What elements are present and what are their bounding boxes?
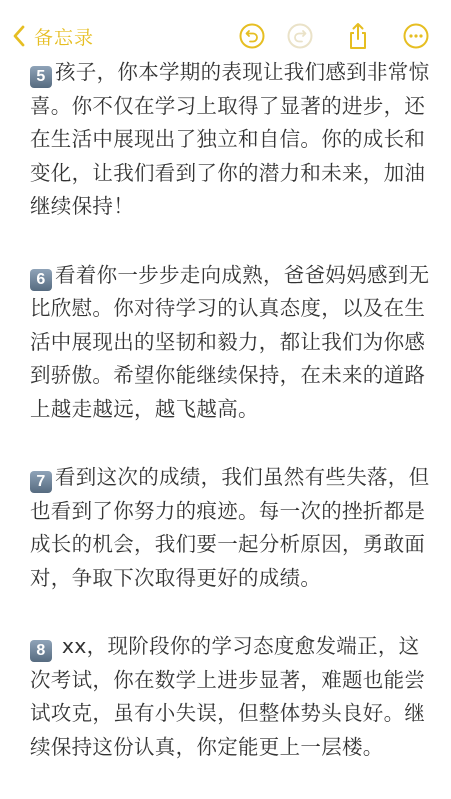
keycap-number: 5	[30, 66, 52, 88]
paragraph-text: 孩子，你本学期的表现让我们感到非常惊喜。你不仅在学习上取得了显著的进步，还在生活…	[30, 60, 429, 218]
redo-icon[interactable]	[286, 22, 314, 50]
back-button[interactable]: 备忘录	[12, 18, 94, 54]
note-paragraph: 6看着你一步步走向成熟，爸爸妈妈感到无比欣慰。你对待学习的认真态度，以及在生活中…	[30, 259, 440, 427]
keycap-number: 6	[30, 269, 52, 291]
note-paragraph: 5孩子，你本学期的表现让我们感到非常惊喜。你不仅在学习上取得了显著的进步，还在生…	[30, 56, 440, 224]
navigation-bar: 备忘录	[0, 18, 451, 54]
keycap-number: 7	[30, 471, 52, 493]
share-icon[interactable]	[344, 22, 372, 50]
note-paragraph: 7看到这次的成绩，我们虽然有些失落，但也看到了你努力的痕迹。每一次的挫折都是成长…	[30, 461, 440, 573]
undo-icon[interactable]	[238, 22, 266, 50]
note-body[interactable]: 5孩子，你本学期的表现让我们感到非常惊喜。你不仅在学习上取得了显著的进步，还在生…	[30, 56, 440, 573]
paragraph-text: 看着你一步步走向成熟，爸爸妈妈感到无比欣慰。你对待学习的认真态度，以及在生活中展…	[30, 263, 429, 421]
chevron-left-icon	[12, 25, 26, 47]
paragraph-text: 看到这次的成绩，我们虽然有些失落，但也看到了你努力的痕迹。每一次的挫折都是成长的…	[30, 465, 429, 573]
more-icon[interactable]	[402, 22, 430, 50]
back-label: 备忘录	[34, 23, 94, 50]
